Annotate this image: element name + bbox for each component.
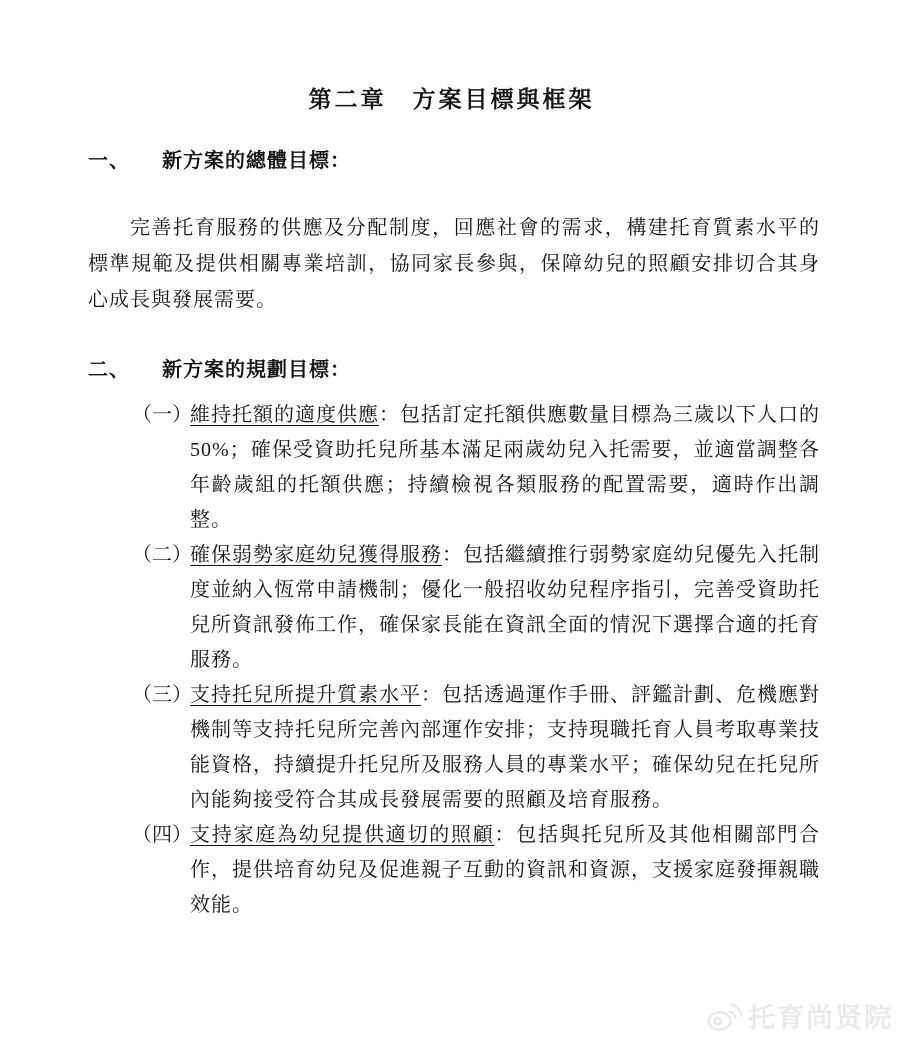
section-1-title: 新方案的總體目標： [162,150,351,172]
section-1-number: 一、 [88,144,162,173]
goal-item-2-marker: （二） [132,538,192,573]
watermark: 托育尚贤院 [706,996,893,1035]
goal-item-1-marker: （一） [132,398,192,433]
goal-item-2-title: 確保弱勢家庭幼兒獲得服務 [190,544,442,566]
section-2-title: 新方案的規劃目標： [162,359,351,381]
weibo-icon [706,999,744,1033]
goal-item-1: （一）維持托額的適度供應：包括訂定托額供應數量目標為三歲以下人口的 50%；確保… [132,398,820,538]
section-1-paragraph: 完善托育服務的供應及分配制度，回應社會的需求，構建托育質素水平的標準規範及提供相… [88,210,820,318]
document-page: 第二章 方案目標與框架 一、新方案的總體目標： 完善托育服務的供應及分配制度，回… [0,0,903,1041]
section-2-number: 二、 [88,353,162,382]
goal-item-3-marker: （三） [132,678,192,713]
watermark-text: 托育尚贤院 [748,996,893,1035]
goal-item-1-title: 維持托額的適度供應 [190,404,379,426]
goal-item-3-title: 支持托兒所提升質素水平 [190,684,421,706]
goal-item-4-marker: （四） [132,818,192,853]
goal-item-2: （二）確保弱勢家庭幼兒獲得服務：包括繼續推行弱勢家庭幼兒優先入托制度並納入恆常申… [132,538,820,678]
goal-item-4: （四）支持家庭為幼兒提供適切的照顧：包括與托兒所及其他相關部門合作，提供培育幼兒… [132,818,820,923]
chapter-title: 第二章 方案目標與框架 [0,81,903,114]
goal-list: （一）維持托額的適度供應：包括訂定托額供應數量目標為三歲以下人口的 50%；確保… [132,398,820,923]
goal-item-4-title: 支持家庭為幼兒提供適切的照顧 [190,824,495,846]
goal-item-3: （三）支持托兒所提升質素水平：包括透過運作手冊、評鑑計劃、危機應對機制等支持托兒… [132,678,820,818]
section-2-heading: 二、新方案的規劃目標： [88,353,820,382]
section-1-heading: 一、新方案的總體目標： [88,144,820,173]
